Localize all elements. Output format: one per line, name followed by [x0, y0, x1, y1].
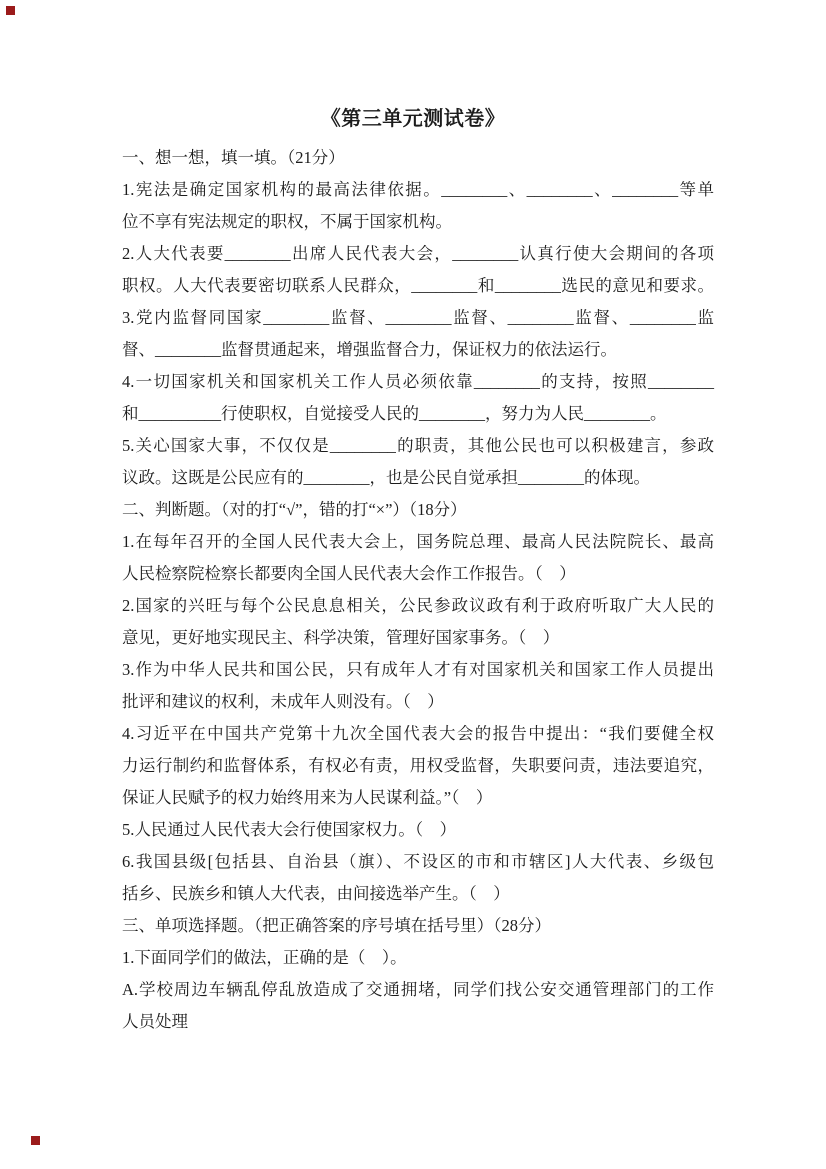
- test-paper-page: 《第三单元测试卷》 一、想一想，填一填。（21分）1.宪法是确定国家机构的最高法…: [0, 0, 826, 1169]
- text-line: 和__________行使职权，自觉接受人民的________，努力为人民___…: [122, 398, 714, 430]
- text-line: 3.作为中华人民共和国公民，只有成年人才有对国家机关和国家工作人员提出: [122, 654, 714, 686]
- corner-mark-top-left: [6, 6, 15, 15]
- text-line: 力运行制约和监督体系，有权必有责，用权受监督，失职要问责，违法要追究，: [122, 750, 714, 782]
- text-line: 督、________监督贯通起来，增强监督合力，保证权力的依法运行。: [122, 334, 714, 366]
- text-line: A.学校周边车辆乱停乱放造成了交通拥堵，同学们找公安交通管理部门的工作: [122, 974, 714, 1006]
- text-line: 三、单项选择题。（把正确答案的序号填在括号里）（28分）: [122, 910, 714, 942]
- text-line: 批评和建议的权利，未成年人则没有。（ ）: [122, 686, 714, 718]
- text-line: 一、想一想，填一填。（21分）: [122, 142, 714, 174]
- text-line: 二、判断题。（对的打“√”，错的打“×”）（18分）: [122, 494, 714, 526]
- text-line: 括乡、民族乡和镇人大代表，由间接选举产生。（ ）: [122, 878, 714, 910]
- text-line: 3.党内监督同国家________监督、________监督、________监…: [122, 302, 714, 334]
- document-body: 一、想一想，填一填。（21分）1.宪法是确定国家机构的最高法律依据。______…: [122, 142, 714, 1038]
- text-line: 1.在每年召开的全国人民代表大会上，国务院总理、最高人民法院院长、最高: [122, 526, 714, 558]
- text-line: 2.国家的兴旺与每个公民息息相关，公民参政议政有利于政府听取广大人民的: [122, 590, 714, 622]
- text-line: 意见，更好地实现民主、科学决策，管理好国家事务。（ ）: [122, 622, 714, 654]
- page-title: 《第三单元测试卷》: [117, 104, 709, 134]
- text-line: 1.下面同学们的做法，正确的是（ ）。: [122, 942, 714, 974]
- text-line: 职权。人大代表要密切联系人民群众，________和________选民的意见和…: [122, 270, 714, 302]
- text-line: 议政。这既是公民应有的________，也是公民自觉承担________的体现。: [122, 462, 714, 494]
- text-line: 5.关心国家大事，不仅仅是________的职责，其他公民也可以积极建言，参政: [122, 430, 714, 462]
- text-line: 保证人民赋予的权力始终用来为人民谋利益。”（ ）: [122, 782, 714, 814]
- text-line: 人民检察院检察长都要肉全国人民代表大会作工作报告。（ ）: [122, 558, 714, 590]
- text-line: 位不享有宪法规定的职权，不属于国家机构。: [122, 206, 714, 238]
- text-line: 2.人大代表要________出席人民代表大会，________认真行使大会期间…: [122, 238, 714, 270]
- text-line: 4.习近平在中国共产党第十九次全国代表大会的报告中提出：“我们要健全权: [122, 718, 714, 750]
- corner-mark-bottom-left: [31, 1136, 40, 1145]
- text-line: 5.人民通过人民代表大会行使国家权力。（ ）: [122, 814, 714, 846]
- text-line: 1.宪法是确定国家机构的最高法律依据。________、________、___…: [122, 174, 714, 206]
- text-line: 6.我国县级[包括县、自治县（旗）、不设区的市和市辖区]人大代表、乡级包: [122, 846, 714, 878]
- text-line: 4.一切国家机关和国家机关工作人员必须依靠________的支持，按照_____…: [122, 366, 714, 398]
- text-line: 人员处理: [122, 1006, 714, 1038]
